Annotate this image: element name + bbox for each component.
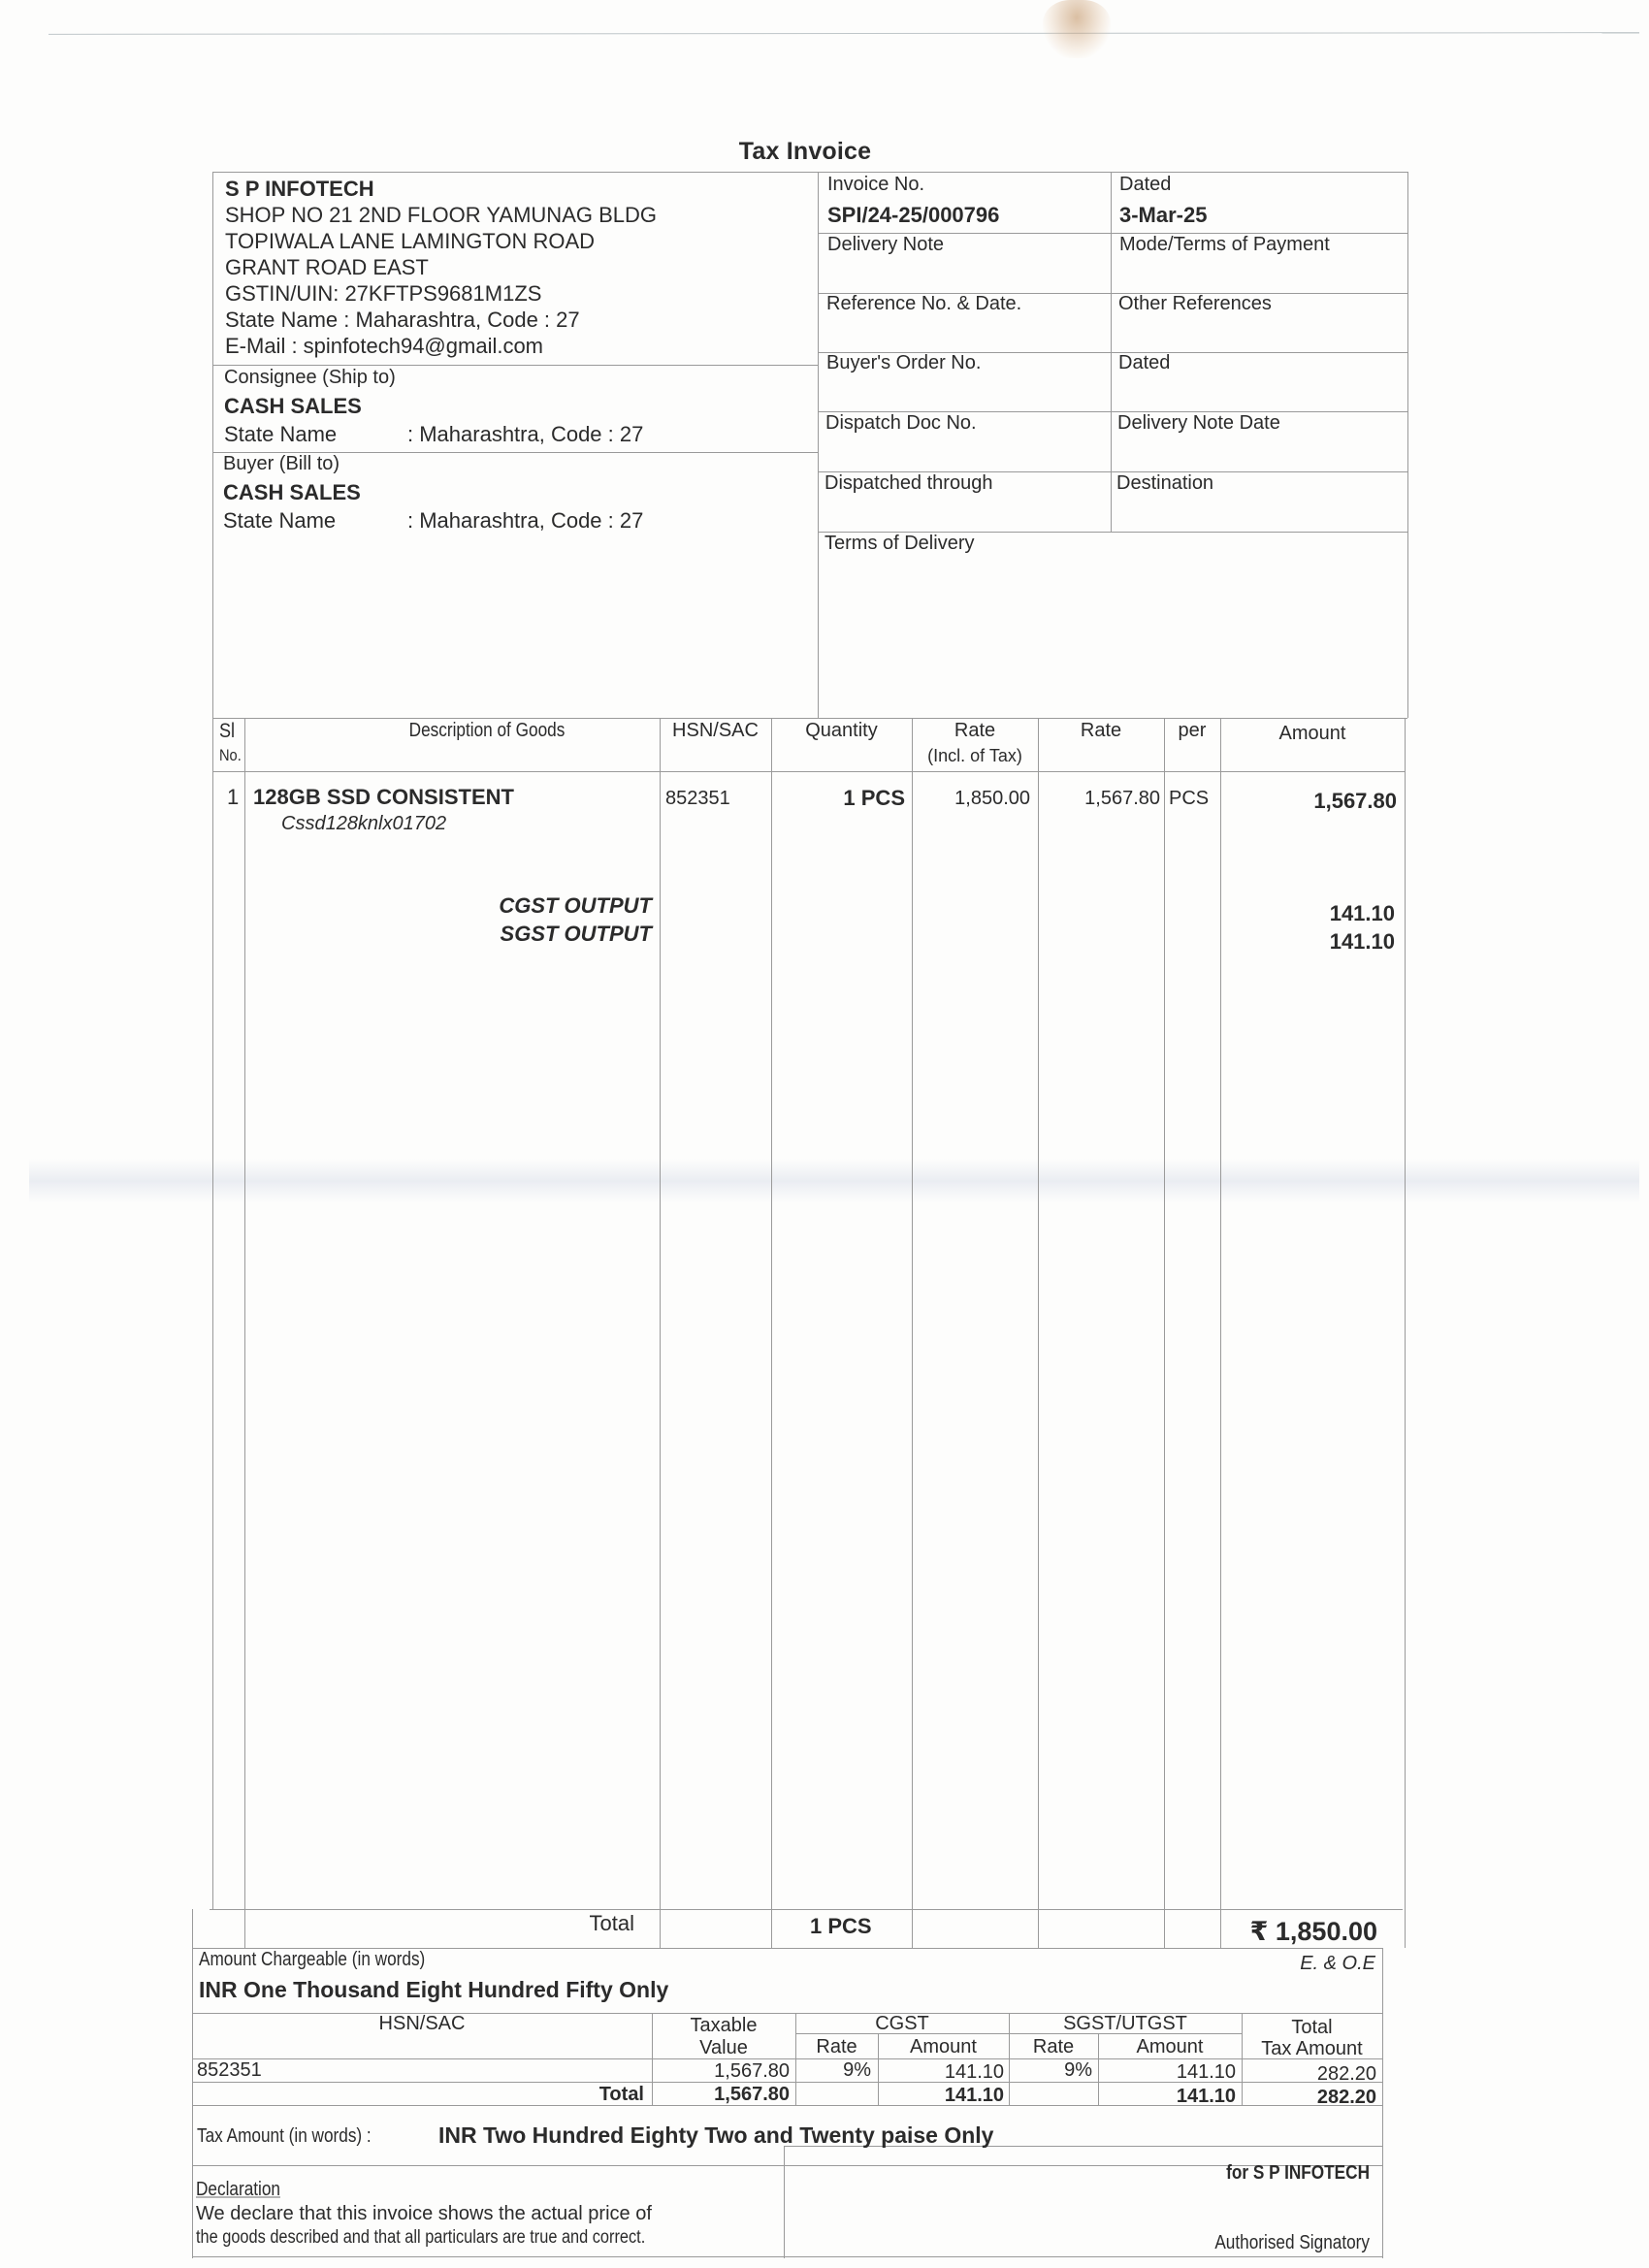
tax-in-words-label: Tax Amount (in words) : xyxy=(197,2124,372,2148)
total-label: Total xyxy=(291,1912,634,1935)
seller-address-line: GRANT ROAD EAST xyxy=(225,256,429,279)
grand-total-amount: ₹ 1,850.00 xyxy=(1183,1917,1377,1946)
seller-email: E-Mail : spinfotech94@gmail.com xyxy=(225,335,543,358)
tax-col-cgst-amount: Amount xyxy=(878,2035,1009,2058)
tax-row-sgst-rate: 9% xyxy=(1009,2058,1092,2082)
seller-gstin: GSTIN/UIN: 27KFTPS9681M1ZS xyxy=(225,282,541,306)
tax-col-sgst: SGST/UTGST xyxy=(1009,2012,1242,2035)
tax-row-total: 282.20 xyxy=(1242,2062,1376,2086)
declaration-label: Declaration xyxy=(196,2178,280,2201)
col-header-rate-incl: Rate xyxy=(912,719,1038,742)
item-serial: Cssd128knlx01702 xyxy=(281,812,446,835)
amount-in-words-label: Amount Chargeable (in words) xyxy=(199,1948,425,1971)
tax-total-label: Total xyxy=(192,2083,644,2106)
amount-in-words-value: INR One Thousand Eight Hundred Fifty Onl… xyxy=(199,1978,668,2001)
reference-label: Reference No. & Date. xyxy=(826,292,1021,315)
other-references-label: Other References xyxy=(1118,292,1272,315)
tax-line-amount: 141.10 xyxy=(1220,930,1395,954)
col-header-rate: Rate xyxy=(1038,719,1164,742)
payment-terms-label: Mode/Terms of Payment xyxy=(1119,233,1330,256)
terms-of-delivery-label: Terms of Delivery xyxy=(824,532,974,555)
tax-line-label: SGST OUTPUT xyxy=(291,923,652,946)
col-header-amount: Amount xyxy=(1220,722,1405,745)
seller-state: State Name : Maharashtra, Code : 27 xyxy=(225,308,580,332)
seller-name: S P INFOTECH xyxy=(225,178,374,201)
item-amount: 1,567.80 xyxy=(1220,790,1397,813)
item-quantity: 1 PCS xyxy=(771,787,905,810)
delivery-note-label: Delivery Note xyxy=(827,233,944,256)
scan-band xyxy=(29,1159,1639,1203)
buyer-name: CASH SALES xyxy=(223,481,361,504)
consignee-state-label: State Name xyxy=(224,423,337,446)
total-quantity: 1 PCS xyxy=(810,1915,872,1938)
col-header-hsn: HSN/SAC xyxy=(660,719,771,742)
invoice-no-label: Invoice No. xyxy=(827,173,924,196)
seller-address-line: TOPIWALA LANE LAMINGTON ROAD xyxy=(225,230,595,253)
destination-label: Destination xyxy=(1116,471,1213,495)
buyer-state-label: State Name xyxy=(223,509,336,533)
col-header-rate-incl-sub: (Incl. of Tax) xyxy=(912,744,1038,767)
item-sl: 1 xyxy=(227,786,239,809)
order-dated-label: Dated xyxy=(1118,351,1170,374)
tax-line-label: CGST OUTPUT xyxy=(291,894,652,918)
col-header-sl-no: No. xyxy=(219,744,242,767)
for-company: for S P INFOTECH xyxy=(1110,2161,1370,2185)
tax-row-taxable: 1,567.80 xyxy=(652,2059,790,2083)
tax-col-total: Total xyxy=(1242,2016,1382,2039)
document-title: Tax Invoice xyxy=(0,138,1610,166)
dated-label: Dated xyxy=(1119,173,1171,196)
declaration-text-line: the goods described and that all particu… xyxy=(196,2226,645,2250)
dispatch-doc-label: Dispatch Doc No. xyxy=(825,411,977,435)
col-header-quantity: Quantity xyxy=(771,719,912,742)
declaration-text-line: We declare that this invoice shows the a… xyxy=(196,2202,652,2225)
tax-col-sgst-amount: Amount xyxy=(1098,2035,1242,2058)
paper-stain xyxy=(1043,0,1111,58)
item-description: 128GB SSD CONSISTENT xyxy=(253,786,514,809)
tax-col-cgst: CGST xyxy=(795,2012,1009,2035)
tax-col-sgst-rate: Rate xyxy=(1009,2035,1098,2058)
tax-col-total-sub: Tax Amount xyxy=(1242,2037,1382,2060)
dispatched-through-label: Dispatched through xyxy=(824,471,992,495)
scan-edge-line xyxy=(48,32,1639,35)
tax-line-amount: 141.10 xyxy=(1220,902,1395,925)
buyer-label: Buyer (Bill to) xyxy=(223,452,339,475)
invoice-no: SPI/24-25/000796 xyxy=(827,204,999,227)
tax-total-taxable: 1,567.80 xyxy=(652,2083,790,2106)
item-rate-incl: 1,850.00 xyxy=(912,787,1030,810)
tax-col-taxable-sub: Value xyxy=(652,2036,795,2059)
tax-in-words-value: INR Two Hundred Eighty Two and Twenty pa… xyxy=(438,2123,993,2147)
item-hsn: 852351 xyxy=(665,787,730,810)
tax-row-cgst-amount: 141.10 xyxy=(878,2060,1004,2084)
authorised-signatory: Authorised Signatory xyxy=(1110,2231,1370,2254)
tax-row-hsn: 852351 xyxy=(197,2058,262,2082)
consignee-state-value: : Maharashtra, Code : 27 xyxy=(407,423,643,446)
item-rate: 1,567.80 xyxy=(1038,787,1160,810)
tax-col-taxable: Taxable xyxy=(652,2014,795,2037)
delivery-note-date-label: Delivery Note Date xyxy=(1117,411,1280,435)
invoice-date: 3-Mar-25 xyxy=(1119,204,1207,227)
tax-col-cgst-rate: Rate xyxy=(795,2035,878,2058)
col-header-description: Description of Goods xyxy=(278,719,695,742)
tax-total-amount: 282.20 xyxy=(1242,2086,1376,2109)
col-header-per: per xyxy=(1164,719,1220,742)
col-header-sl: Sl xyxy=(219,720,235,743)
tax-total-cgst: 141.10 xyxy=(878,2084,1004,2107)
tax-row-cgst-rate: 9% xyxy=(795,2058,871,2082)
eoe-note: E. & O.E xyxy=(1164,1952,1375,1975)
buyer-state-value: : Maharashtra, Code : 27 xyxy=(407,509,643,533)
tax-total-sgst: 141.10 xyxy=(1098,2085,1236,2108)
consignee-name: CASH SALES xyxy=(224,395,362,418)
item-per: PCS xyxy=(1169,787,1209,810)
tax-row-sgst-amount: 141.10 xyxy=(1098,2060,1236,2084)
seller-address-line: SHOP NO 21 2ND FLOOR YAMUNAG BLDG xyxy=(225,204,657,227)
consignee-label: Consignee (Ship to) xyxy=(224,366,396,389)
buyers-order-label: Buyer's Order No. xyxy=(826,351,981,374)
tax-col-hsn: HSN/SAC xyxy=(192,2012,652,2035)
